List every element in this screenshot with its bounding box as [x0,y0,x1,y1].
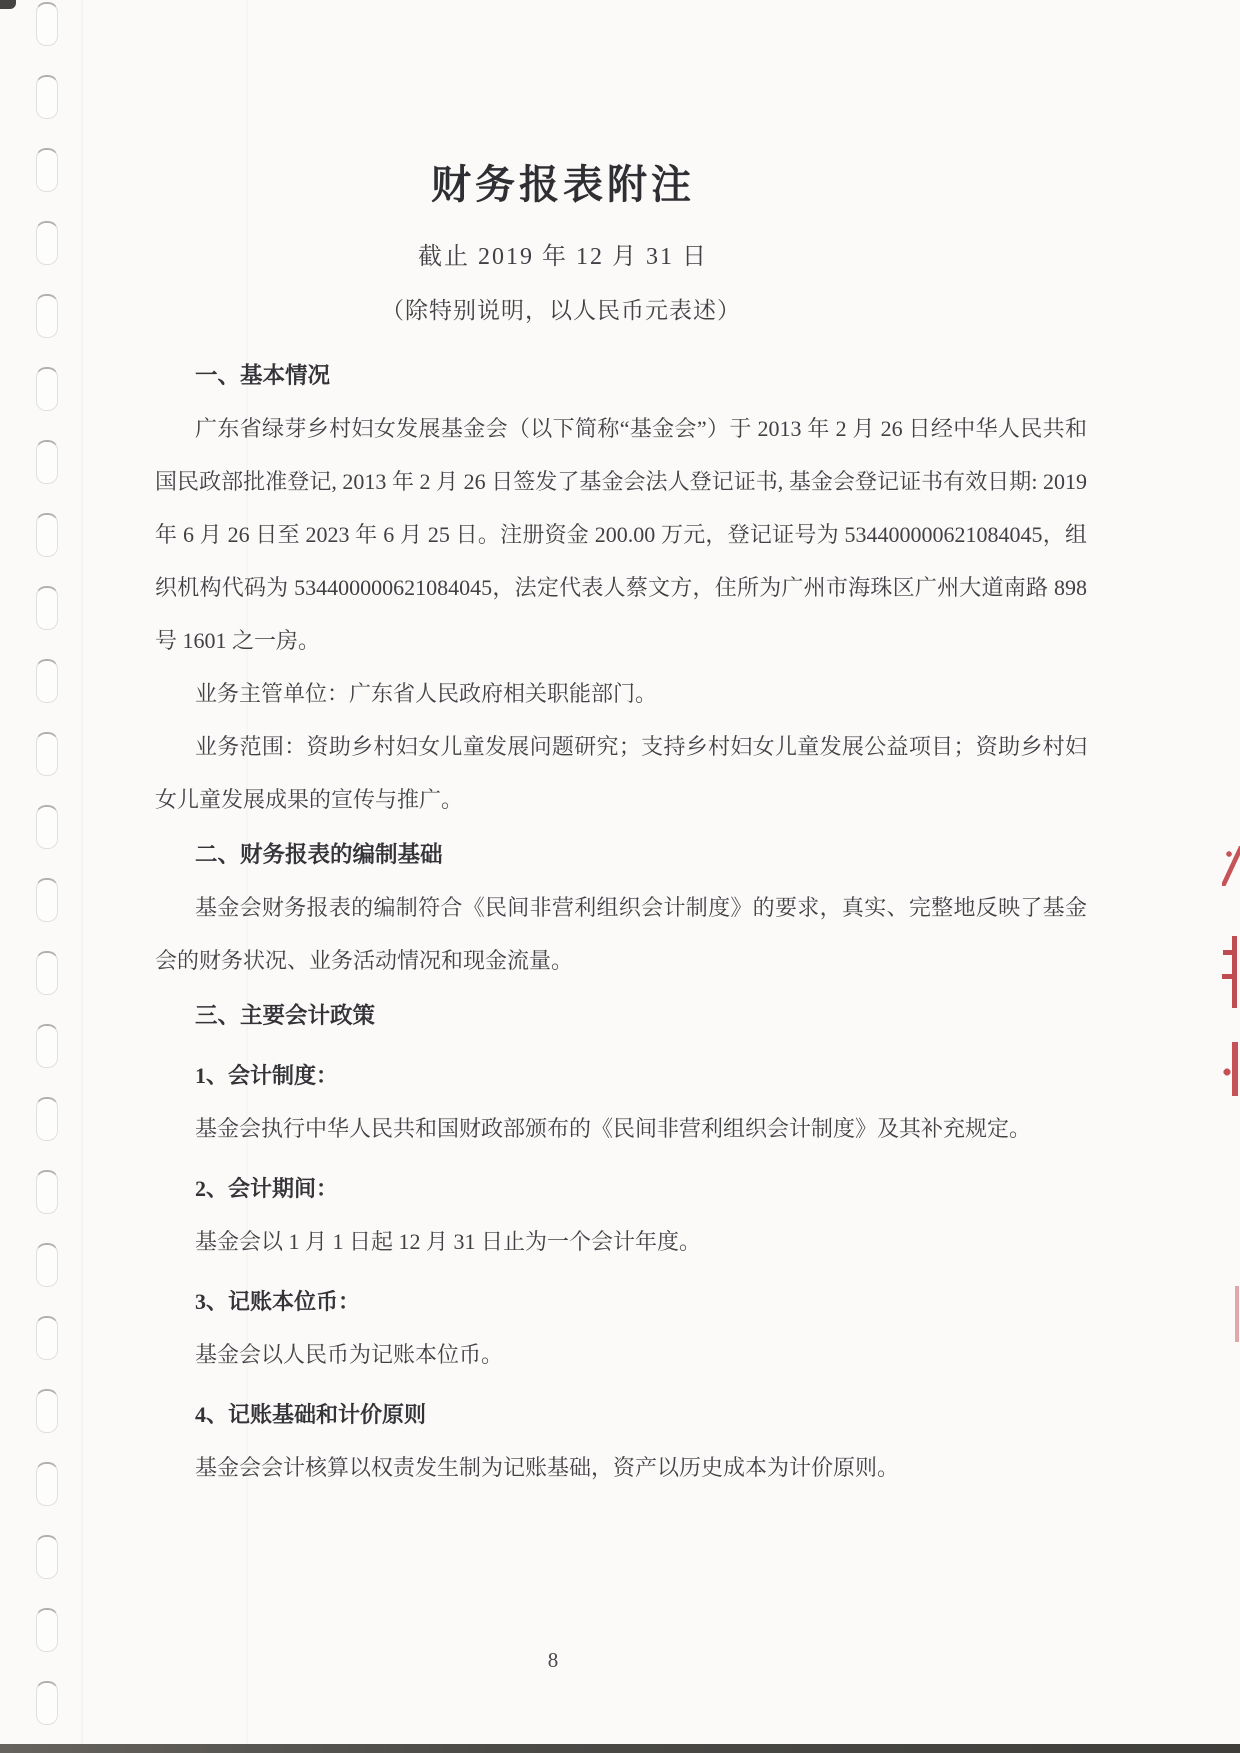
subsection-1-accounting-system: 1、会计制度： 基金会执行中华人民共和国财政部颁布的《民间非营利组织会计制度》及… [155,1049,1087,1155]
section-heading: 三、主要会计政策 [155,989,1087,1042]
section-heading: 二、财务报表的编制基础 [155,828,1087,881]
binding-hole [36,732,58,776]
scan-corner-artifact [0,0,16,9]
subsection-heading: 1、会计制度： [155,1049,1087,1102]
subsection-4-accounting-basis: 4、记账基础和计价原则 基金会会计核算以权责发生制为记账基础，资产以历史成本为计… [155,1388,1087,1494]
paragraph: 基金会财务报表的编制符合《民间非营利组织会计制度》的要求，真实、完整地反映了基金… [155,881,1087,987]
paragraph: 基金会执行中华人民共和国财政部颁布的《民间非营利组织会计制度》及其补充规定。 [155,1102,1087,1155]
scan-crease [81,0,83,1753]
binding-hole [36,1170,58,1214]
scanned-document-page: 财务报表附注 截止 2019 年 12 月 31 日 （除特别说明，以人民币元表… [0,0,1240,1753]
paragraph: 基金会以 1 月 1 日起 12 月 31 日止为一个会计年度。 [155,1215,1087,1268]
section-3-accounting-policies: 三、主要会计政策 1、会计制度： 基金会执行中华人民共和国财政部颁布的《民间非营… [155,989,1087,1494]
document-text: 一、基本情况 广东省绿芽乡村妇女发展基金会（以下简称“基金会”）于 2013 年… [155,349,1087,1494]
document-body: 财务报表附注 截止 2019 年 12 月 31 日 （除特别说明，以人民币元表… [155,158,1087,1494]
binding-hole [36,1462,58,1506]
binding-hole [36,878,58,922]
binding-hole [36,75,58,119]
binding-hole [36,659,58,703]
subsection-heading: 4、记账基础和计价原则 [155,1388,1087,1441]
section-1-basic-info: 一、基本情况 广东省绿芽乡村妇女发展基金会（以下简称“基金会”）于 2013 年… [155,349,1087,826]
binding-hole [36,1243,58,1287]
red-margin-mark [1230,1286,1240,1344]
binding-hole [36,294,58,338]
scan-bottom-edge [0,1744,1240,1753]
binding-hole [36,586,58,630]
binding-hole [36,1608,58,1652]
currency-note-line: （除特别说明，以人民币元表述） [95,294,1027,327]
red-margin-mark [1222,846,1240,886]
binding-hole [36,148,58,192]
binding-hole [36,1389,58,1433]
subsection-heading: 3、记账本位币： [155,1275,1087,1328]
section-2-preparation-basis: 二、财务报表的编制基础 基金会财务报表的编制符合《民间非营利组织会计制度》的要求… [155,828,1087,987]
binding-hole [36,1535,58,1579]
as-of-date-line: 截止 2019 年 12 月 31 日 [97,240,1029,274]
binding-hole [36,2,58,46]
binding-holes [36,2,60,1753]
paragraph: 业务主管单位：广东省人民政府相关职能部门。 [155,667,1087,720]
section-heading: 一、基本情况 [155,349,1087,402]
binding-hole [36,221,58,265]
page-number: 8 [0,1648,1106,1673]
paragraph: 业务范围：资助乡村妇女儿童发展问题研究；支持乡村妇女儿童发展公益项目；资助乡村妇… [155,720,1087,826]
page-title: 财务报表附注 [97,158,1029,212]
binding-hole [36,1024,58,1068]
subsection-heading: 2、会计期间： [155,1162,1087,1215]
binding-hole [36,440,58,484]
red-margin-mark [1222,1042,1240,1100]
binding-hole [36,1681,58,1725]
binding-hole [36,805,58,849]
binding-hole [36,367,58,411]
binding-hole [36,951,58,995]
subsection-2-accounting-period: 2、会计期间： 基金会以 1 月 1 日起 12 月 31 日止为一个会计年度。 [155,1162,1087,1268]
binding-hole [36,513,58,557]
subsection-3-functional-currency: 3、记账本位币： 基金会以人民币为记账本位币。 [155,1275,1087,1381]
binding-hole [36,1097,58,1141]
paragraph: 广东省绿芽乡村妇女发展基金会（以下简称“基金会”）于 2013 年 2 月 26… [155,402,1087,667]
red-margin-mark [1220,932,1240,1012]
paragraph: 基金会以人民币为记账本位币。 [155,1328,1087,1381]
paragraph: 基金会会计核算以权责发生制为记账基础，资产以历史成本为计价原则。 [155,1441,1087,1494]
binding-hole [36,1316,58,1360]
